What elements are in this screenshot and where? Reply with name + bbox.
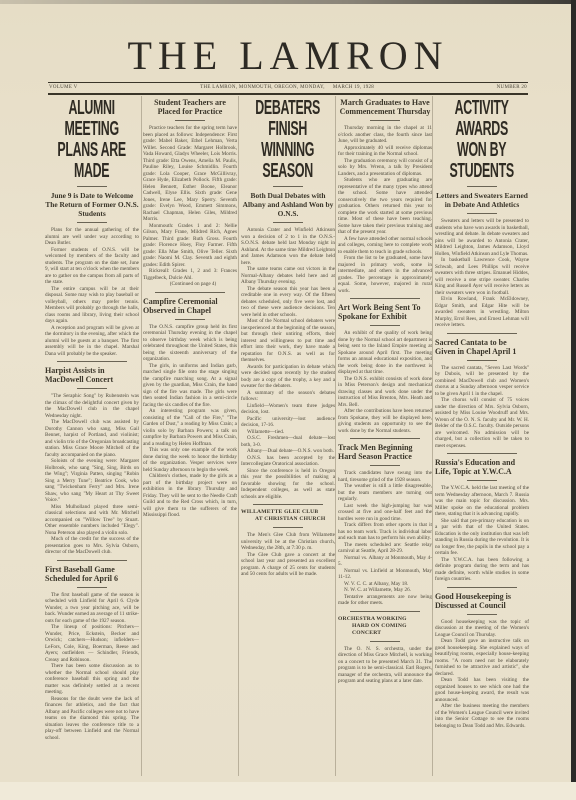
issue-number: NUMBER 20 xyxy=(497,85,527,90)
column-1: ALUMNI MEETING PLANS ARE MADE June 9 is … xyxy=(45,98,139,741)
rule xyxy=(350,298,420,299)
paragraph: The O. N. S. orchestra, under the direct… xyxy=(338,646,432,685)
paragraph: Dean Todd has been visiting the organize… xyxy=(435,677,529,703)
paragraph: Plans for the annual gathering of the al… xyxy=(45,227,139,247)
rule xyxy=(77,587,107,588)
paragraph: Last week the high-jumping bar was cross… xyxy=(338,503,432,523)
paragraph: Antonia Crater and Winfield Atkinson won… xyxy=(241,227,335,266)
article-housekeeping: Good Housekeeping is Discussed at Counci… xyxy=(435,592,529,730)
paragraph: Linfield—Women's team three judges decis… xyxy=(241,403,335,416)
article-body: Plans for the annual gathering of the al… xyxy=(45,227,139,357)
paragraph: Good housekeeping was the topic of discu… xyxy=(435,619,529,639)
rule xyxy=(77,222,107,223)
volume-label: VOLUME V xyxy=(49,85,78,90)
article-baseball: First Baseball Game Scheduled for April … xyxy=(45,565,139,742)
paragraph: The Men's Glee Club from Willamette univ… xyxy=(241,532,335,552)
paragraph: From the list to be graduated, some have… xyxy=(338,255,432,294)
paragraph: Track differs from other sports in that … xyxy=(338,522,432,542)
article-activity-awards: ACTIVITY AWARDS WON BY STUDENTS Letters … xyxy=(435,98,529,329)
paragraph: Thursday morning in the chapel at 11 o'c… xyxy=(338,125,432,145)
paragraph: Pacific university—lost audience decisio… xyxy=(241,416,335,429)
rule xyxy=(57,560,127,561)
rule xyxy=(57,361,127,362)
paragraph: The debate season this year has been a c… xyxy=(241,286,335,319)
article-harpist: Harpist Assists in MacDowell Concert "Th… xyxy=(45,366,139,556)
paragraph: Practice teachers for the spring term ha… xyxy=(143,125,237,223)
rule xyxy=(350,611,420,612)
paragraph: Elvin Rowland, Frank McEldowney, Edgar S… xyxy=(435,296,529,329)
paragraph: Approximately 40 will receive diplomas f… xyxy=(338,145,432,158)
paragraph: The O.N.S. campfire group held its first… xyxy=(143,324,237,363)
rule xyxy=(350,438,420,439)
article-body: The sacred cantata, "Seven Last Words" b… xyxy=(435,365,529,450)
paragraph: After the business meeting the members o… xyxy=(435,703,529,729)
paragraph: Awards for participation in debate which… xyxy=(241,364,335,390)
headline-line: ORCHESTRA WORKING xyxy=(338,616,407,622)
article-body: "The Seraphic Song" by Rubenstein was th… xyxy=(45,393,139,556)
headline: PLANS ARE MADE xyxy=(45,140,138,182)
article-body: The O. N. S. orchestra, under the direct… xyxy=(338,646,432,685)
headline: ALUMNI MEETING xyxy=(45,98,138,140)
article-body: Practice teachers for the spring term ha… xyxy=(143,125,237,288)
headline: Track Men Beginning Hard Season Practice xyxy=(338,443,432,461)
paragraph: Track candidates have swung into the har… xyxy=(338,470,432,483)
paragraph: Students who are graduating are represen… xyxy=(338,177,432,236)
column-divider xyxy=(141,96,142,776)
paragraph: The Y.W.C.A. held the last meeting of th… xyxy=(435,485,529,518)
article-orchestra: ORCHESTRA WORKING HARD ON COMING CONCERT… xyxy=(338,616,432,685)
paragraph: The sacred cantata, "Seven Last Words" b… xyxy=(435,365,529,398)
paragraph: Normal vs. Linfield at Monmouth, May 11-… xyxy=(338,568,432,581)
article-body: Sweaters and letters will be presented t… xyxy=(435,218,529,329)
masthead-title: THE LAMRON xyxy=(0,36,576,76)
paragraph: The meets scheduled are: Seattle relay c… xyxy=(338,542,432,555)
paragraph: Tentative arrangements are now being mad… xyxy=(338,594,432,607)
rule xyxy=(253,504,323,505)
headline: WON BY STUDENTS xyxy=(435,140,528,182)
headline: DEBATERS FINISH xyxy=(241,98,334,140)
headline: First Baseball Game Scheduled for April … xyxy=(45,565,139,583)
article-body: Good housekeeping was the topic of discu… xyxy=(435,619,529,730)
paragraph: An interesting program was given, consis… xyxy=(143,408,237,447)
headline-line: WILLAMETTE GLEE CLUB xyxy=(241,509,318,515)
paragraph: An exhibit of the quality of work being … xyxy=(338,330,432,376)
paragraph: Most of the Normal school debaters were … xyxy=(241,318,335,364)
rule xyxy=(370,641,400,642)
headline: Russia's Education and Life, Topic at Y.… xyxy=(435,458,529,476)
scan-edge xyxy=(0,0,576,4)
rule xyxy=(175,319,205,320)
paragraph: The graduation ceremony will consist of … xyxy=(338,158,432,178)
rule xyxy=(77,186,107,187)
paragraph: Since the conference is held in Oregon t… xyxy=(241,468,335,501)
paragraph: Rickreall: Grades 1, 2 and 3: Frances Ti… xyxy=(143,268,237,281)
column-2: Student Teachers are Placed for Practice… xyxy=(143,98,237,519)
headline: Harpist Assists in MacDowell Concert xyxy=(45,366,139,384)
headline: ACTIVITY AWARDS xyxy=(435,98,528,140)
column-4: March Graduates to Have Commencement Thu… xyxy=(338,98,432,685)
column-3: DEBATERS FINISH WINNING SEASON Both Dual… xyxy=(241,98,335,578)
article-body: The first baseball game of the season is… xyxy=(45,592,139,742)
paragraph: The O.N.S. exhibit consists of work done… xyxy=(338,376,432,409)
article-body: The Men's Glee Club from Willamette univ… xyxy=(241,532,335,578)
paragraph: She said that pre-primary education is o… xyxy=(435,518,529,557)
rule xyxy=(77,388,107,389)
paragraph: O.N.S. has been accepted by the Intercol… xyxy=(241,455,335,468)
headline: WINNING SEASON xyxy=(241,140,334,182)
rule xyxy=(273,186,303,187)
column-divider xyxy=(432,96,433,776)
paragraph: A summary of the season's debates follow… xyxy=(241,390,335,403)
scan-margin-bottom xyxy=(0,782,576,800)
headline: Sacred Cantata to be Given in Chapel Apr… xyxy=(435,338,529,356)
headline: Student Teachers are Placed for Practice xyxy=(143,98,237,116)
deck: Both Dual Debates with Albany and Ashlan… xyxy=(241,191,335,218)
paragraph: Soloists of the evening were: Margaret H… xyxy=(45,458,139,504)
rule xyxy=(447,453,517,454)
paragraph: This was only one example of the work do… xyxy=(143,447,237,473)
paragraph: Monmouth: Grades 1 and 2: Nellie Gilson,… xyxy=(143,223,237,269)
paragraph: Dean Todd gave an instructive talk on go… xyxy=(435,638,529,677)
rule xyxy=(273,527,303,528)
article-alumni: ALUMNI MEETING PLANS ARE MADE June 9 is … xyxy=(45,98,139,357)
headline: ORCHESTRA WORKING HARD ON COMING CONCERT xyxy=(338,616,432,637)
paragraph: In basketball Lawrence Cook, Wayne Schwa… xyxy=(435,257,529,296)
paragraph: Normal vs. Albany at Monmouth, May 4-5. xyxy=(338,555,432,568)
paragraph: The first baseball game of the season is… xyxy=(45,592,139,625)
paragraph: The weather is still a little disagreeab… xyxy=(338,483,432,503)
headline: WILLAMETTE GLEE CLUB AT CHRISTIAN CHURCH xyxy=(241,509,335,523)
column-divider xyxy=(238,96,239,776)
paragraph: After the contributions have been return… xyxy=(338,408,432,434)
headline: Campfire Ceremonial Observed in Chapel xyxy=(143,297,237,315)
headline-line: HARD ON COMING CONCERT xyxy=(338,623,432,637)
rule xyxy=(467,213,497,214)
newspaper-page: THE LAMRON VOLUME V THE LAMRON, MONMOUTH… xyxy=(0,0,576,800)
paragraph: O.S.C. Freshmen—dual debate—lost both, 3… xyxy=(241,435,335,448)
article-body: Track candidates have swung into the har… xyxy=(338,470,432,607)
rule xyxy=(370,325,400,326)
article-track: Track Men Beginning Hard Season Practice… xyxy=(338,443,432,607)
paragraph: Former students of O.N.S. will be welcom… xyxy=(45,247,139,286)
folio-line: VOLUME V THE LAMRON, MONMOUTH, OREGON, M… xyxy=(49,85,527,90)
rule xyxy=(447,333,517,334)
paragraph: Sweaters and letters will be presented t… xyxy=(435,218,529,257)
folio-rule-top xyxy=(48,82,528,83)
article-graduates: March Graduates to Have Commencement Thu… xyxy=(338,98,432,294)
article-cantata: Sacred Cantata to be Given in Chapel Apr… xyxy=(435,338,529,450)
paragraph: Reasons for the doubt were the lack of f… xyxy=(45,696,139,742)
article-student-teachers: Student Teachers are Placed for Practice… xyxy=(143,98,237,288)
article-glee-club: WILLAMETTE GLEE CLUB AT CHRISTIAN CHURCH… xyxy=(241,509,335,578)
article-art-work: Art Work Being Sent To Spokane for Exhib… xyxy=(338,303,432,434)
article-body: The Y.W.C.A. held the last meeting of th… xyxy=(435,485,529,583)
paragraph: Children's clothes, made by the girls as… xyxy=(143,473,237,519)
headline: March Graduates to Have Commencement Thu… xyxy=(338,98,432,116)
article-body: An exhibit of the quality of work being … xyxy=(338,330,432,434)
article-debaters: DEBATERS FINISH WINNING SEASON Both Dual… xyxy=(241,98,335,500)
rule xyxy=(155,292,225,293)
paragraph: Albany—Dual debate—O.N.S. won both. xyxy=(241,448,335,455)
paragraph: The lineup of positions: Pitchers—Wunder… xyxy=(45,624,139,663)
article-body: The O.N.S. campfire group held its first… xyxy=(143,324,237,519)
rule xyxy=(175,120,205,121)
scan-edge-right xyxy=(571,0,576,800)
paragraph: There has been some discussion as to whe… xyxy=(45,663,139,696)
paragraph: The entire campus will be at their dispo… xyxy=(45,286,139,325)
folio-rule-bottom xyxy=(48,93,528,95)
article-russia: Russia's Education and Life, Topic at Y.… xyxy=(435,458,529,583)
deck: June 9 is Date to Welcome The Return of … xyxy=(45,191,139,218)
column-divider xyxy=(335,96,336,776)
rule xyxy=(467,186,497,187)
paragraph: The Y.W.C.A. has been following a defini… xyxy=(435,557,529,583)
rule xyxy=(467,614,497,615)
rule xyxy=(467,360,497,361)
continued-note: (Continued on page 4) xyxy=(143,281,237,288)
issue-date: MARCH 19, 1928 xyxy=(333,85,374,90)
headline-line: AT CHRISTIAN CHURCH xyxy=(241,516,335,523)
paragraph: "The Seraphic Song" by Rubenstein was th… xyxy=(45,393,139,419)
paragraph: The MacDowell club was assisted by Dorot… xyxy=(45,419,139,458)
headline: Art Work Being Sent To Spokane for Exhib… xyxy=(338,303,432,321)
headline: Good Housekeeping is Discussed at Counci… xyxy=(435,592,529,610)
article-body: Thursday morning in the chapel at 11 o'c… xyxy=(338,125,432,294)
paragraph: The chorus will consist of 75 voices und… xyxy=(435,397,529,449)
column-5: ACTIVITY AWARDS WON BY STUDENTS Letters … xyxy=(435,98,529,729)
paragraph: The Glee Club gave a concert at the scho… xyxy=(241,552,335,578)
rule xyxy=(370,465,400,466)
paragraph: Much of the credit for the success of th… xyxy=(45,536,139,556)
rule xyxy=(447,587,517,588)
paragraph: The same teams came out victors in the N… xyxy=(241,266,335,286)
paragraph: A reception and program will be given at… xyxy=(45,325,139,358)
paragraph: Miss Mulholland played three semi-classi… xyxy=(45,504,139,537)
rule xyxy=(467,480,497,481)
paragraph: The girls, in uniforms and Indian garb, … xyxy=(143,363,237,409)
rule xyxy=(370,120,400,121)
article-body: Antonia Crater and Winfield Atkinson won… xyxy=(241,227,335,500)
paragraph: A few have attended other normal schools… xyxy=(338,236,432,256)
deck: Letters and Sweaters Earned in Debate An… xyxy=(435,191,529,209)
dateline: THE LAMRON, MONMOUTH, OREGON, MONDAY, xyxy=(200,85,325,90)
article-campfire: Campfire Ceremonial Observed in Chapel T… xyxy=(143,297,237,519)
rule xyxy=(273,222,303,223)
